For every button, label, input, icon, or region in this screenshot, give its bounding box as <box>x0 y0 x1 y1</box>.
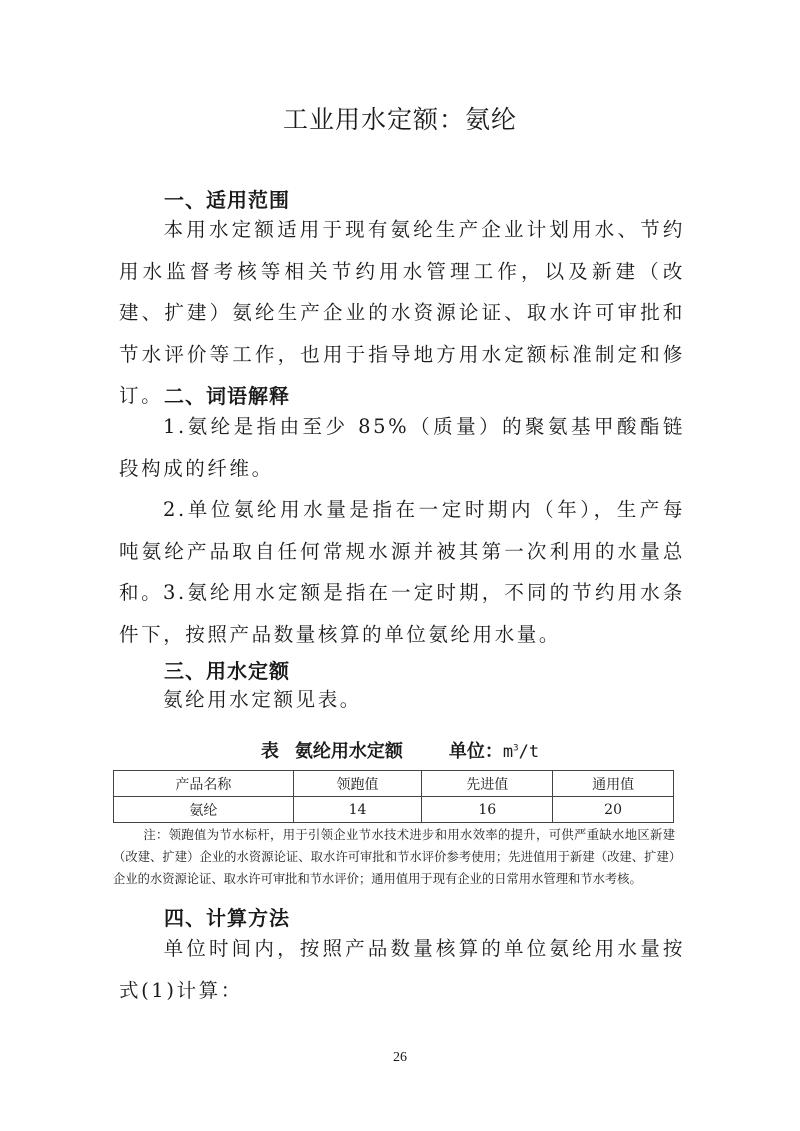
table-note: 注：领跑值为节水标杆，用于引领企业节水技术进步和用水效率的提升，可供严重缺水地区… <box>113 824 675 890</box>
table-cell: 20 <box>553 797 674 823</box>
document-title: 工业用水定额：氨纶 <box>0 100 800 136</box>
paragraph-definition-1: 1.氨纶是指由至少 85%（质量）的聚氨基甲酸酯链段构成的纤维。 <box>119 406 685 489</box>
paragraph-text: 氨纶用水定额见表。 <box>163 688 362 711</box>
table-header-cell: 领跑值 <box>293 771 422 797</box>
table-caption: 表氨纶用水定额单位：m3/t <box>0 737 800 763</box>
paragraph-text: 本用水定额适用于现有氨纶生产企业计划用水、节约用水监督考核等相关节约用水管理工作… <box>119 218 685 407</box>
table-row: 氨纶 14 16 20 <box>114 797 674 823</box>
table-note-text: 注：领跑值为节水标杆，用于引领企业节水技术进步和用水效率的提升，可供严重缺水地区… <box>113 828 675 886</box>
caption-label: 表 <box>261 741 279 762</box>
paragraph-calculation: 单位时间内，按照产品数量核算的单位氨纶用水量按式(1)计算： <box>119 928 685 1011</box>
unit-tail: /t <box>519 742 539 762</box>
caption-unit: m3/t <box>503 742 539 762</box>
paragraph-text: 3.氨纶用水定额是指在一定时期，不同的节约用水条件下，按照产品数量核算的单位氨纶… <box>119 581 685 646</box>
table-cell: 16 <box>422 797 553 823</box>
caption-title: 氨纶用水定额 <box>295 741 403 762</box>
table-header-row: 产品名称 领跑值 先进值 通用值 <box>114 771 674 797</box>
caption-unit-label: 单位： <box>449 741 503 762</box>
page-number: 26 <box>0 1050 800 1066</box>
table-header-cell: 通用值 <box>553 771 674 797</box>
quota-table: 产品名称 领跑值 先进值 通用值 氨纶 14 16 20 <box>113 770 674 823</box>
paragraph-quota: 氨纶用水定额见表。 <box>119 679 685 721</box>
section-heading-calculation: 四、计算方法 <box>164 902 290 931</box>
paragraph-text: 单位时间内，按照产品数量核算的单位氨纶用水量按式(1)计算： <box>119 937 685 1002</box>
section-heading-definitions: 二、词语解释 <box>164 380 290 409</box>
unit-base: m <box>503 742 513 762</box>
table-header-cell: 先进值 <box>422 771 553 797</box>
table-header-cell: 产品名称 <box>114 771 294 797</box>
table-cell: 氨纶 <box>114 797 294 823</box>
table-cell: 14 <box>293 797 422 823</box>
paragraph-text: 1.氨纶是指由至少 85%（质量）的聚氨基甲酸酯链段构成的纤维。 <box>119 415 685 480</box>
paragraph-definition-3: 3.氨纶用水定额是指在一定时期，不同的节约用水条件下，按照产品数量核算的单位氨纶… <box>119 572 685 655</box>
